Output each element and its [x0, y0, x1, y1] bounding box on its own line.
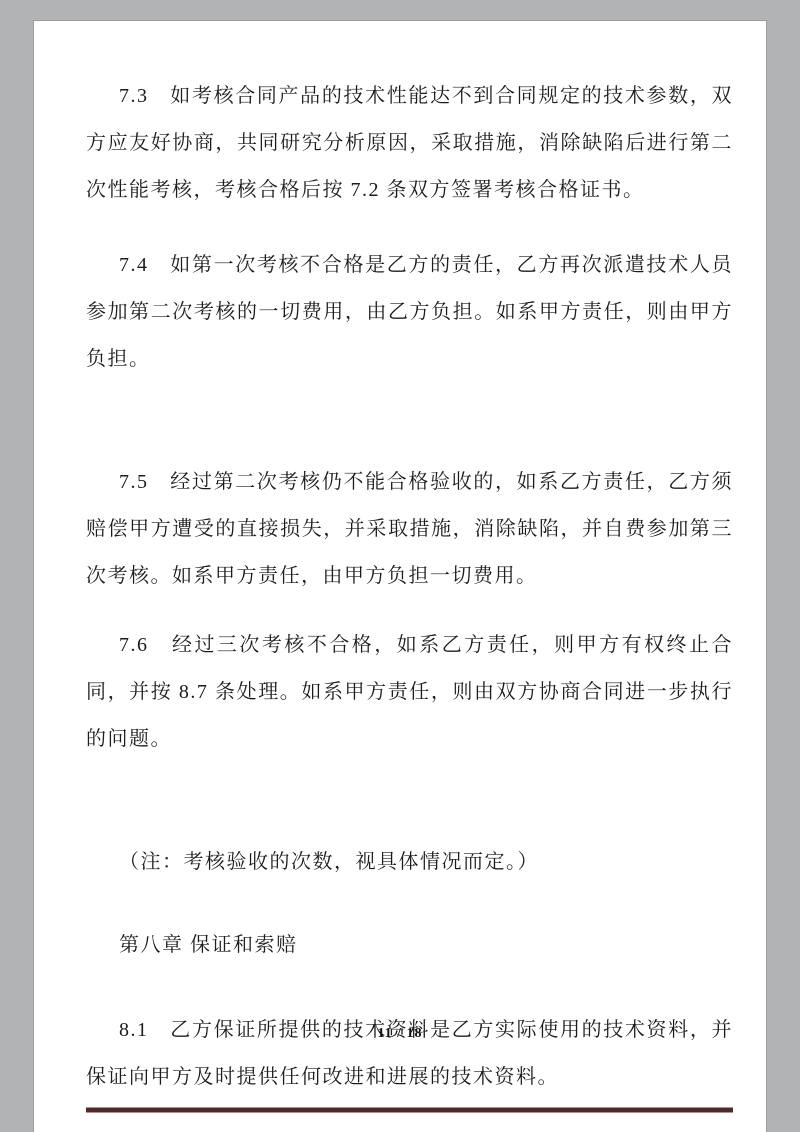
clause-7-6: 7.6 经过三次考核不合格，如系乙方责任，则甲方有权终止合同，并按 8.7 条处… [86, 622, 733, 763]
document-page: 7.3 如考核合同产品的技术性能达不到合同规定的技术参数，双方应友好协商，共同研… [33, 20, 767, 1132]
clause-7-5: 7.5 经过第二次考核仍不能合格验收的，如系乙方责任，乙方须赔偿甲方遭受的直接损… [86, 459, 733, 600]
note-line: （注：考核验收的次数，视具体情况而定。） [86, 839, 733, 886]
chapter-8-heading: 第八章 保证和索赔 [86, 922, 733, 969]
footer-border-rule [86, 1107, 733, 1113]
clause-7-3: 7.3 如考核合同产品的技术性能达不到合同规定的技术参数，双方应友好协商，共同研… [86, 73, 733, 214]
clause-7-4: 7.4 如第一次考核不合格是乙方的责任，乙方再次派遣技术人员参加第二次考核的一切… [86, 242, 733, 383]
page-content: 7.3 如考核合同产品的技术性能达不到合同规定的技术参数，双方应友好协商，共同研… [34, 21, 766, 1113]
clause-8-1: 8.1 乙方保证所提供的技术资料是乙方实际使用的技术资料，并保证向甲方及时提供任… [86, 1007, 733, 1101]
viewer-background: 7.3 如考核合同产品的技术性能达不到合同规定的技术参数，双方应友好协商，共同研… [0, 0, 800, 1132]
page-number: 11 / 18 [34, 1026, 766, 1042]
